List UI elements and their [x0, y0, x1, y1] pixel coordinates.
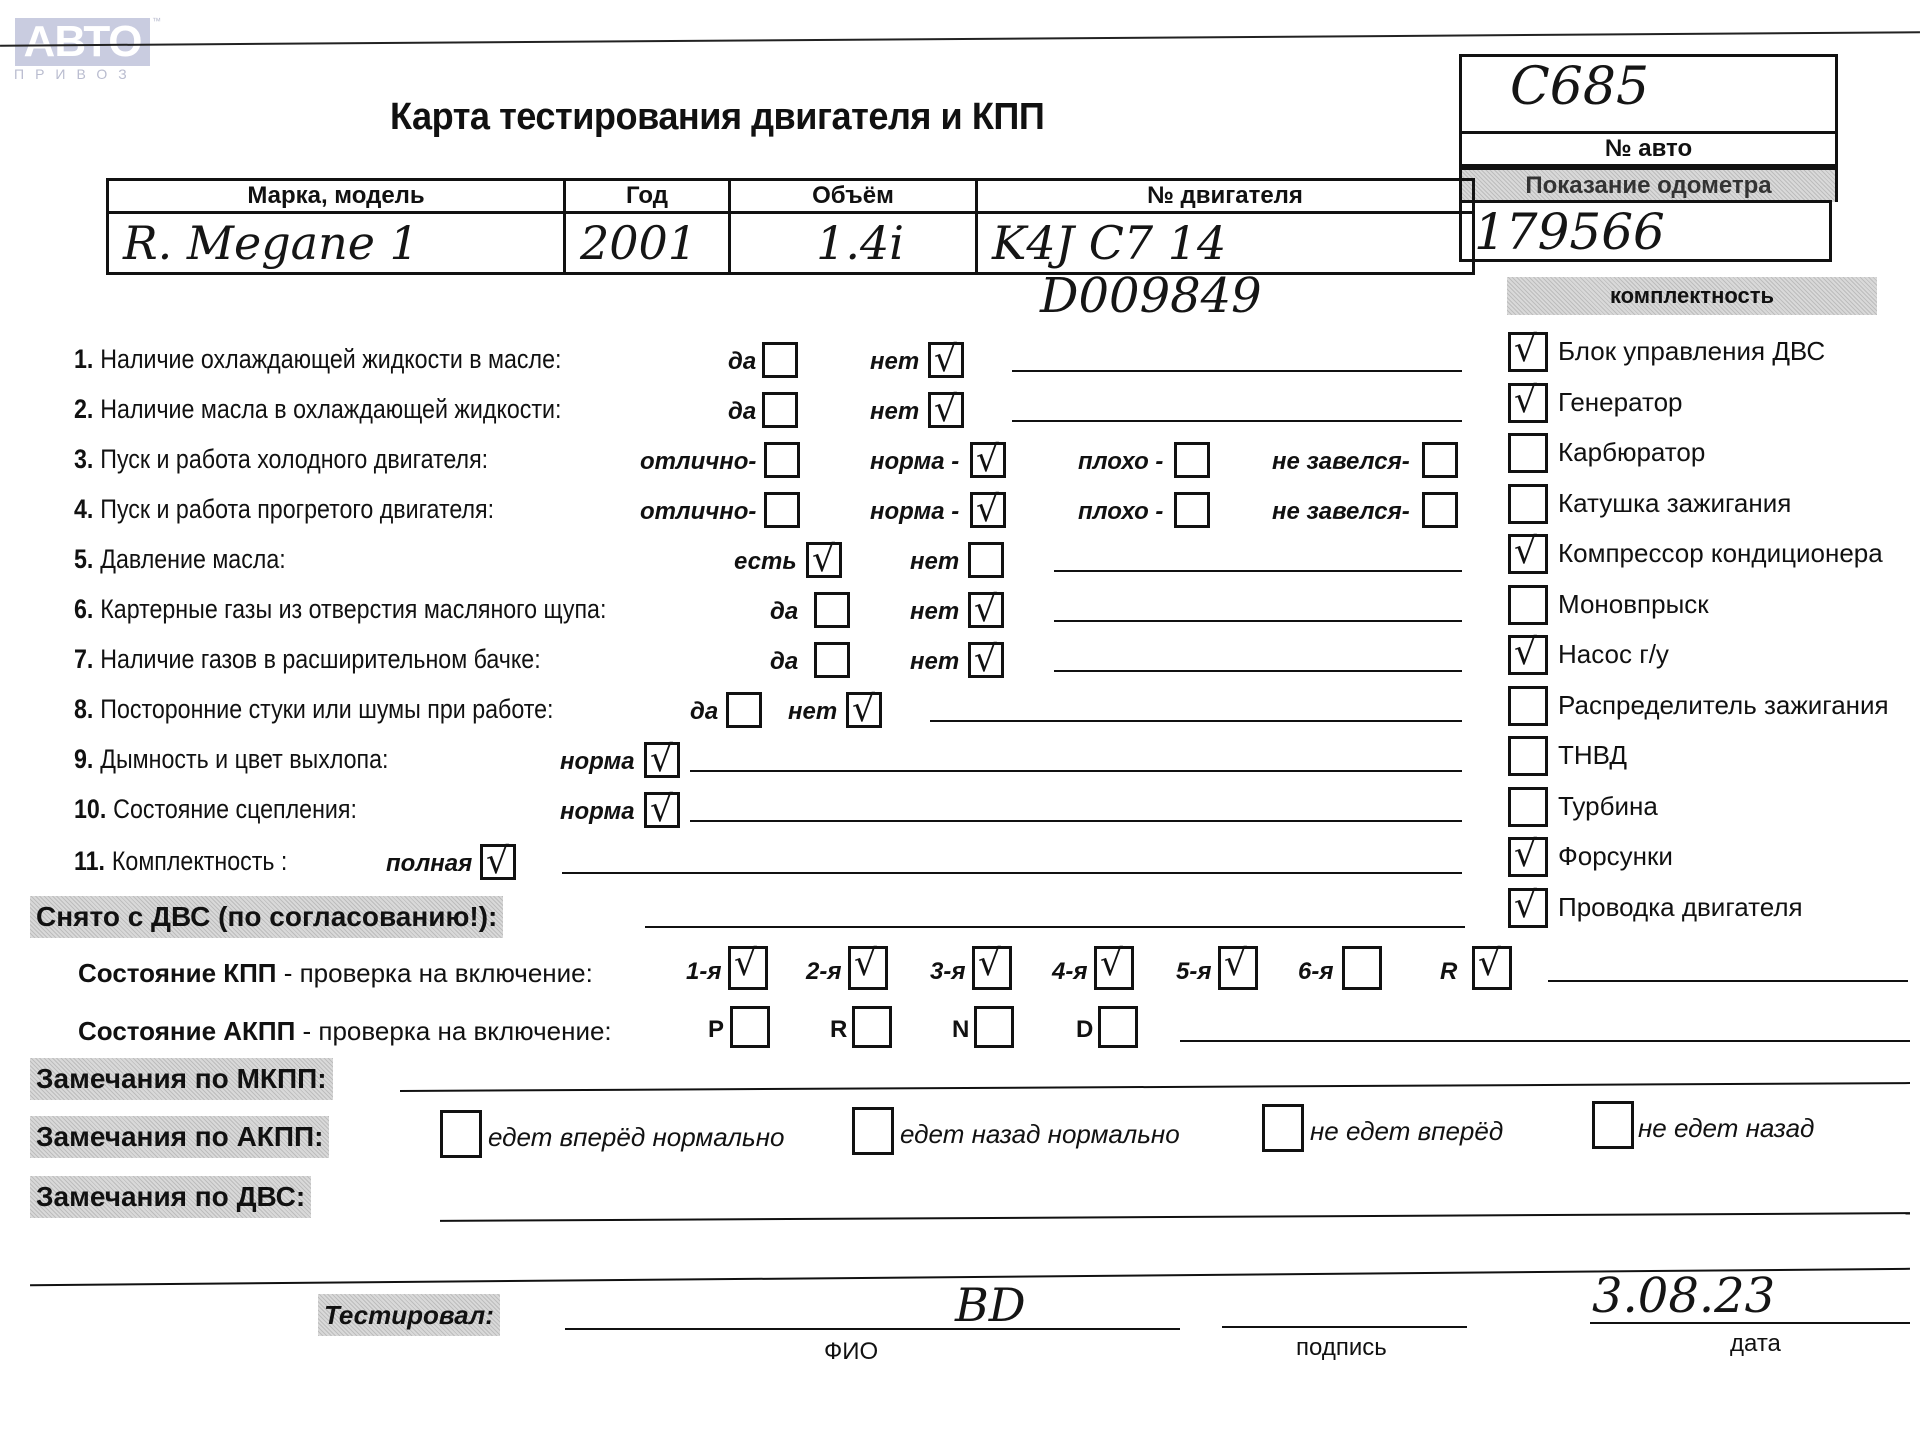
- akpp-remark-checkbox[interactable]: [1262, 1104, 1304, 1152]
- akpp-mode-label: R: [830, 1016, 847, 1044]
- check-row-5: 5.Давление масла:: [74, 544, 286, 575]
- kpp-gear-checkbox[interactable]: [1472, 946, 1512, 990]
- completeness-checkbox[interactable]: [1508, 484, 1548, 524]
- header-engine-number: № двигателя: [977, 180, 1474, 213]
- completeness-item-label: Блок управления ДВС: [1558, 336, 1825, 367]
- completeness-item-label: Распределитель зажигания: [1558, 690, 1889, 721]
- check-option-checkbox[interactable]: [928, 392, 964, 428]
- signature-line[interactable]: [1222, 1326, 1467, 1328]
- completeness-checkbox[interactable]: [1508, 787, 1548, 827]
- remarks-akpp-label: Замечания по АКПП:: [30, 1116, 329, 1158]
- watermark-tm: ™: [152, 16, 161, 26]
- kpp-gear-label: 5-я: [1176, 958, 1211, 986]
- check-label: Наличие охлаждающей жидкости в масле:: [100, 344, 561, 374]
- check-label: Пуск и работа прогретого двигателя:: [100, 494, 494, 524]
- completeness-item-label: Катушка зажигания: [1558, 488, 1791, 519]
- check-row-10: 10.Состояние сцепления:: [74, 794, 357, 825]
- check-option-label: отлично-: [640, 448, 756, 476]
- check-number: 5.: [74, 544, 93, 574]
- check-notes-line[interactable]: [690, 770, 1462, 772]
- check-option-label: нет: [788, 698, 837, 726]
- remarks-mkpp-label: Замечания по МКПП:: [30, 1058, 333, 1100]
- check-row-6: 6.Картерные газы из отверстия масляного …: [74, 594, 606, 625]
- check-option-label: плохо -: [1078, 448, 1163, 476]
- akpp-remark-label: едет вперёд нормально: [488, 1122, 784, 1153]
- check-option-checkbox[interactable]: [968, 642, 1004, 678]
- check-notes-line[interactable]: [1054, 570, 1462, 572]
- check-notes-line[interactable]: [930, 720, 1462, 722]
- check-label: Наличие газов в расширительном бачке:: [100, 644, 540, 674]
- engine-number-extra: D009849: [1040, 268, 1262, 324]
- akpp-label-bold: Состояние АКПП: [78, 1016, 295, 1046]
- auto-number-value[interactable]: C685: [1462, 57, 1835, 134]
- check-option-checkbox[interactable]: [1422, 442, 1458, 478]
- kpp-gear-checkbox[interactable]: [972, 946, 1012, 990]
- check-option-label: нет: [870, 348, 919, 376]
- fio-line[interactable]: [565, 1328, 1180, 1330]
- kpp-gear-checkbox[interactable]: [1342, 946, 1382, 990]
- check-option-label: норма: [560, 798, 635, 826]
- check-option-label: плохо -: [1078, 498, 1163, 526]
- date-value[interactable]: 3.08.23: [1592, 1268, 1775, 1324]
- check-option-checkbox[interactable]: [814, 592, 850, 628]
- check-notes-line[interactable]: [1012, 420, 1462, 422]
- kpp-label: Состояние КПП - проверка на включение:: [78, 958, 593, 989]
- check-number: 8.: [74, 694, 93, 724]
- signature-label: подпись: [1296, 1334, 1387, 1362]
- check-option-label: есть: [734, 548, 797, 576]
- check-number: 6.: [74, 594, 93, 624]
- auto-number-box: C685 № авто: [1459, 54, 1838, 167]
- check-option-label: отлично-: [640, 498, 756, 526]
- check-row-1: 1.Наличие охлаждающей жидкости в масле:: [74, 344, 561, 375]
- check-option-checkbox[interactable]: [764, 442, 800, 478]
- check-row-2: 2.Наличие масла в охлаждающей жидкости:: [74, 394, 561, 425]
- odometer-value[interactable]: 179566: [1459, 200, 1832, 262]
- check-row-3: 3.Пуск и работа холодного двигателя:: [74, 444, 488, 475]
- kpp-gear-checkbox[interactable]: [1094, 946, 1134, 990]
- completeness-item-label: Турбина: [1558, 791, 1658, 822]
- akpp-mode-label: D: [1076, 1016, 1093, 1044]
- akpp-notes-line[interactable]: [1180, 1040, 1910, 1042]
- akpp-label: Состояние АКПП - проверка на включение:: [78, 1016, 612, 1047]
- check-row-8: 8.Посторонние стуки или шумы при работе:: [74, 694, 553, 725]
- akpp-label-rest: - проверка на включение:: [295, 1016, 611, 1046]
- completeness-item-label: Карбюратор: [1558, 437, 1705, 468]
- check-option-checkbox[interactable]: [968, 542, 1004, 578]
- akpp-remark-checkbox[interactable]: [440, 1110, 482, 1158]
- check-notes-line[interactable]: [562, 872, 1462, 874]
- check-notes-line[interactable]: [690, 820, 1462, 822]
- check-option-checkbox[interactable]: [644, 742, 680, 778]
- check-notes-line[interactable]: [1054, 670, 1462, 672]
- check-label: Комплектность :: [112, 846, 287, 876]
- kpp-gear-label: R: [1440, 958, 1457, 986]
- check-option-label: нет: [910, 598, 959, 626]
- completeness-checkbox[interactable]: [1508, 383, 1548, 423]
- check-option-label: норма -: [870, 448, 959, 476]
- check-option-checkbox[interactable]: [806, 542, 842, 578]
- completeness-item-label: Форсунки: [1558, 841, 1673, 872]
- check-number: 2.: [74, 394, 93, 424]
- kpp-gear-checkbox[interactable]: [848, 946, 888, 990]
- fio-value[interactable]: BD: [955, 1278, 1026, 1332]
- completeness-item-label: Проводка двигателя: [1558, 892, 1803, 923]
- tested-by-label: Тестировал:: [318, 1294, 500, 1336]
- check-label: Картерные газы из отверстия масляного щу…: [100, 594, 606, 624]
- completeness-item-label: Компрессор кондиционера: [1558, 538, 1883, 569]
- check-option-checkbox[interactable]: [1174, 492, 1210, 528]
- kpp-gear-checkbox[interactable]: [1218, 946, 1258, 990]
- akpp-mode-checkbox[interactable]: [974, 1006, 1014, 1048]
- check-label: Состояние сцепления:: [113, 794, 357, 824]
- check-option-checkbox[interactable]: [764, 492, 800, 528]
- check-label: Наличие масла в охлаждающей жидкости:: [100, 394, 561, 424]
- completeness-item-label: Моновпрыск: [1558, 589, 1709, 620]
- akpp-remark-label: не едет вперёд: [1310, 1116, 1503, 1147]
- akpp-mode-checkbox[interactable]: [730, 1006, 770, 1048]
- akpp-mode-checkbox[interactable]: [852, 1006, 892, 1048]
- removed-from-engine-label: Снято с ДВС (по согласованию!):: [30, 896, 503, 938]
- completeness-item-label: Генератор: [1558, 387, 1683, 418]
- check-number: 7.: [74, 644, 93, 674]
- auto-number-label: № авто: [1462, 134, 1835, 164]
- check-option-checkbox[interactable]: [480, 844, 516, 880]
- kpp-label-rest: - проверка на включение:: [277, 958, 593, 988]
- date-line[interactable]: [1590, 1322, 1910, 1324]
- removed-from-engine-line[interactable]: [645, 926, 1465, 928]
- kpp-gear-label: 1-я: [686, 958, 721, 986]
- check-label: Посторонние стуки или шумы при работе:: [100, 694, 553, 724]
- header-volume: Объём: [730, 180, 977, 213]
- page-title: Карта тестирования двигателя и КПП: [390, 96, 1044, 139]
- make-model-value[interactable]: R. Megane 1: [108, 213, 565, 274]
- header-make-model: Марка, модель: [108, 180, 565, 213]
- date-label: дата: [1730, 1330, 1781, 1358]
- top-divider: [0, 31, 1920, 46]
- check-option-label: нет: [870, 398, 919, 426]
- check-option-checkbox[interactable]: [1174, 442, 1210, 478]
- completeness-item-label: Насос г/у: [1558, 639, 1669, 670]
- vehicle-info-table: Марка, модель Год Объём № двигателя R. M…: [106, 178, 1475, 275]
- check-option-checkbox[interactable]: [970, 442, 1006, 478]
- check-number: 3.: [74, 444, 93, 474]
- completeness-checkbox[interactable]: [1508, 585, 1548, 625]
- completeness-checkbox[interactable]: [1508, 686, 1548, 726]
- check-option-checkbox[interactable]: [644, 792, 680, 828]
- akpp-remark-checkbox[interactable]: [852, 1107, 894, 1155]
- engine-number-value[interactable]: K4J C7 14: [977, 213, 1474, 274]
- fio-label: ФИО: [824, 1338, 878, 1366]
- check-notes-line[interactable]: [1054, 620, 1462, 622]
- check-number: 9.: [74, 744, 93, 774]
- check-option-label: норма: [560, 748, 635, 776]
- check-number: 11.: [74, 846, 105, 876]
- akpp-mode-checkbox[interactable]: [1098, 1006, 1138, 1048]
- akpp-mode-label: P: [708, 1016, 724, 1044]
- check-option-label: да: [770, 648, 798, 676]
- watermark-sub: ПРИВОЗ: [14, 66, 138, 82]
- completeness-checkbox[interactable]: [1508, 534, 1548, 574]
- completeness-header: комплектность: [1507, 277, 1877, 315]
- check-number: 4.: [74, 494, 93, 524]
- kpp-label-bold: Состояние КПП: [78, 958, 277, 988]
- check-option-checkbox[interactable]: [762, 392, 798, 428]
- akpp-remark-label: не едет назад: [1638, 1113, 1814, 1144]
- kpp-notes-line[interactable]: [1548, 980, 1908, 982]
- kpp-gear-label: 2-я: [806, 958, 841, 986]
- check-option-checkbox[interactable]: [846, 692, 882, 728]
- check-option-checkbox[interactable]: [968, 592, 1004, 628]
- completeness-checkbox[interactable]: [1508, 332, 1548, 372]
- check-option-label: норма -: [870, 498, 959, 526]
- header-year: Год: [565, 180, 730, 213]
- check-number: 10.: [74, 794, 106, 824]
- remarks-dvs-line[interactable]: [440, 1212, 1910, 1222]
- check-option-label: нет: [910, 548, 959, 576]
- kpp-gear-label: 4-я: [1052, 958, 1087, 986]
- kpp-gear-label: 3-я: [930, 958, 965, 986]
- check-number: 1.: [74, 344, 93, 374]
- check-label: Дымность и цвет выхлопа:: [100, 744, 388, 774]
- volume-value[interactable]: 1.4i: [730, 213, 977, 274]
- check-row-7: 7.Наличие газов в расширительном бачке:: [74, 644, 541, 675]
- completeness-checkbox[interactable]: [1508, 837, 1548, 877]
- check-option-label: да: [728, 348, 756, 376]
- check-row-11: 11.Комплектность :: [74, 846, 287, 877]
- check-label: Пуск и работа холодного двигателя:: [100, 444, 488, 474]
- completeness-checkbox[interactable]: [1508, 736, 1548, 776]
- watermark-logo: АВТО: [15, 18, 150, 66]
- year-value[interactable]: 2001: [565, 213, 730, 274]
- completeness-item-label: ТНВД: [1558, 740, 1627, 771]
- check-option-label: да: [728, 398, 756, 426]
- completeness-checkbox[interactable]: [1508, 433, 1548, 473]
- odometer-label: Показание одометра: [1459, 167, 1838, 202]
- check-option-checkbox[interactable]: [814, 642, 850, 678]
- check-row-4: 4.Пуск и работа прогретого двигателя:: [74, 494, 494, 525]
- completeness-checkbox[interactable]: [1508, 888, 1548, 928]
- check-option-label: нет: [910, 648, 959, 676]
- check-option-checkbox[interactable]: [762, 342, 798, 378]
- check-option-label: да: [770, 598, 798, 626]
- remarks-dvs-label: Замечания по ДВС:: [30, 1176, 311, 1218]
- check-option-label: не завелся-: [1272, 498, 1410, 526]
- completeness-checkbox[interactable]: [1508, 635, 1548, 675]
- check-option-label: полная: [386, 850, 472, 878]
- kpp-gear-label: 6-я: [1298, 958, 1333, 986]
- check-option-label: да: [690, 698, 718, 726]
- kpp-gear-checkbox[interactable]: [728, 946, 768, 990]
- remarks-mkpp-line[interactable]: [400, 1082, 1910, 1092]
- check-notes-line[interactable]: [1012, 370, 1462, 372]
- check-option-checkbox[interactable]: [970, 492, 1006, 528]
- check-label: Давление масла:: [100, 544, 285, 574]
- check-option-checkbox[interactable]: [1422, 492, 1458, 528]
- check-row-9: 9.Дымность и цвет выхлопа:: [74, 744, 388, 775]
- check-option-checkbox[interactable]: [726, 692, 762, 728]
- akpp-remark-checkbox[interactable]: [1592, 1101, 1634, 1149]
- akpp-remark-label: едет назад нормально: [900, 1119, 1180, 1150]
- akpp-mode-label: N: [952, 1016, 969, 1044]
- check-option-label: не завелся-: [1272, 448, 1410, 476]
- check-option-checkbox[interactable]: [928, 342, 964, 378]
